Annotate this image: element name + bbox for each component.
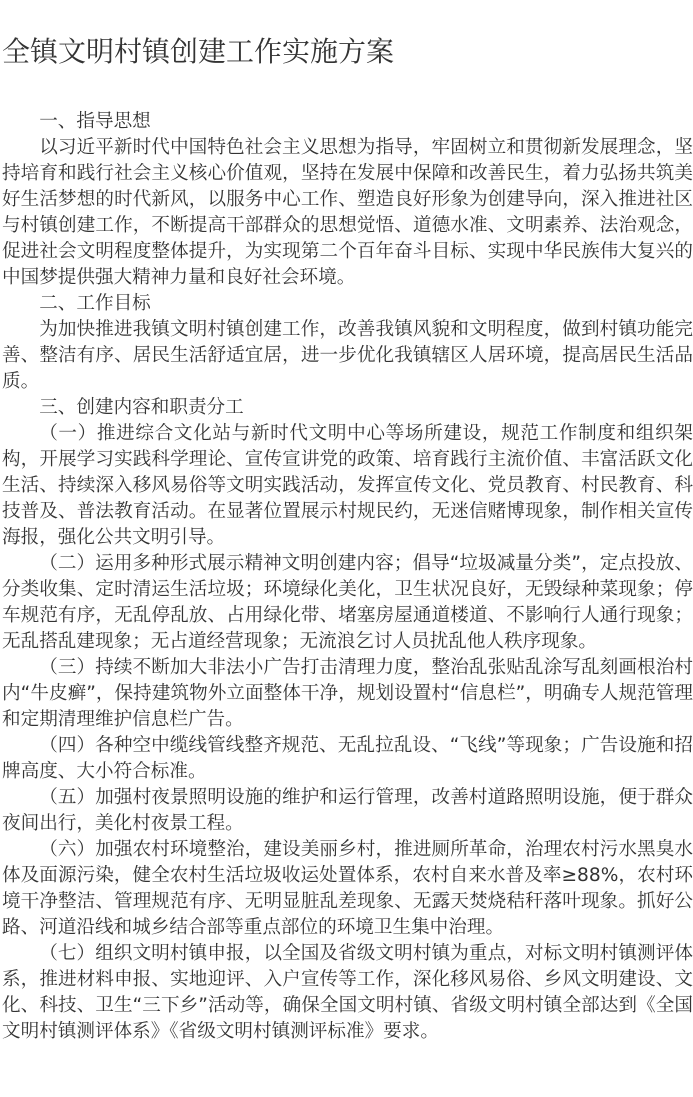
section-work-goals: 二、工作目标 为加快推进我镇文明村镇创建工作，改善我镇风貌和文明程度，做到村镇功… [2, 291, 693, 395]
section-heading: 一、指导思想 [2, 109, 693, 135]
paragraph-item-4: （四）各种空中缆线管线整齐规范、无乱拉乱设、“飞线”等现象；广告设施和招牌高度、… [2, 733, 693, 785]
section-content-and-duties: 三、创建内容和职责分工 （一）推进综合文化站与新时代文明中心等场所建设，规范工作… [2, 395, 693, 1045]
paragraph: 以习近平新时代中国特色社会主义思想为指导，牢固树立和贯彻新发展理念，坚持培育和践… [2, 135, 693, 291]
paragraph-item-7: （七）组织文明村镇申报，以全国及省级文明村镇为重点，对标文明村镇测评体系，推进材… [2, 941, 693, 1045]
paragraph: 为加快推进我镇文明村镇创建工作，改善我镇风貌和文明程度，做到村镇功能完善、整洁有… [2, 317, 693, 395]
document-body: 一、指导思想 以习近平新时代中国特色社会主义思想为指导，牢固树立和贯彻新发展理念… [2, 109, 693, 1045]
section-guiding-ideology: 一、指导思想 以习近平新时代中国特色社会主义思想为指导，牢固树立和贯彻新发展理念… [2, 109, 693, 291]
paragraph-item-6: （六）加强农村环境整治，建设美丽乡村，推进厕所革命，治理农村污水黑臭水体及面源污… [2, 837, 693, 941]
document: 全镇文明村镇创建工作实施方案 一、指导思想 以习近平新时代中国特色社会主义思想为… [0, 0, 693, 1045]
paragraph-item-3: （三）持续不断加大非法小广告打击清理力度，整治乱张贴乱涂写乱刻画根治村内“牛皮癣… [2, 655, 693, 733]
section-heading: 二、工作目标 [2, 291, 693, 317]
document-title: 全镇文明村镇创建工作实施方案 [2, 0, 693, 71]
section-heading: 三、创建内容和职责分工 [2, 395, 693, 421]
paragraph-item-2: （二）运用多种形式展示精神文明创建内容；倡导“垃圾减量分类”，定点投放、分类收集… [2, 551, 693, 655]
paragraph-item-1: （一）推进综合文化站与新时代文明中心等场所建设，规范工作制度和组织架构，开展学习… [2, 421, 693, 551]
paragraph-item-5: （五）加强村夜景照明设施的维护和运行管理，改善村道路照明设施，便于群众夜间出行，… [2, 785, 693, 837]
